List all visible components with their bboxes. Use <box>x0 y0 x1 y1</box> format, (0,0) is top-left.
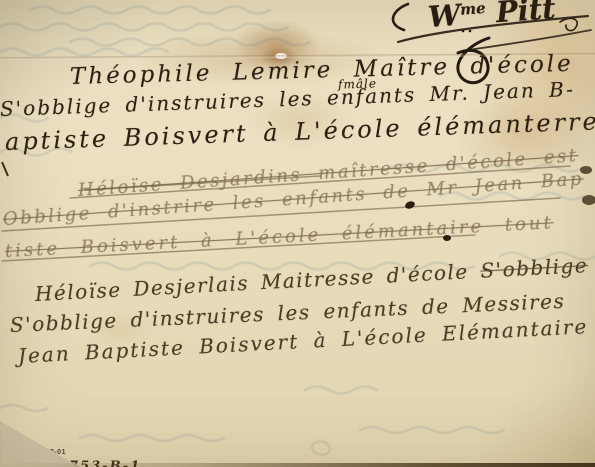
paper-bottom-edge <box>0 463 595 467</box>
paper-corner <box>0 405 80 467</box>
signature-initial: W <box>427 0 462 34</box>
signature-surname: Pitt <box>495 0 557 29</box>
manuscript-scan: Wme Pitt Théophile Lemire Maître d'école… <box>0 0 595 467</box>
signature-wm-pitt: Wme Pitt <box>427 0 557 34</box>
struck-word: S'obblige <box>480 253 589 283</box>
signature-superscript: me <box>460 0 487 19</box>
